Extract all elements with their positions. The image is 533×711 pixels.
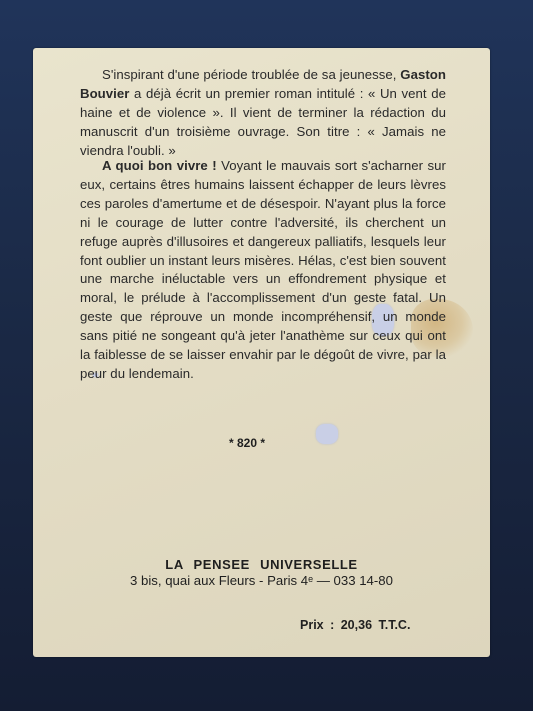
blurb-lead: A quoi bon vivre ! bbox=[102, 158, 217, 173]
publisher-block: LA PENSEE UNIVERSELLE 3 bis, quai aux Fl… bbox=[33, 557, 490, 588]
price-label: Prix : 20,36 T.T.C. bbox=[300, 618, 410, 632]
blurb-text: Voyant le mauvais sort s'acharner sur eu… bbox=[80, 158, 446, 381]
catalog-number: * 820 * bbox=[229, 436, 265, 450]
blurb-paragraph-2: A quoi bon vivre ! Voyant le mauvais sor… bbox=[80, 157, 446, 384]
scuff-mark bbox=[316, 424, 338, 444]
blurb-paragraph-1: S'inspirant d'une période troublée de sa… bbox=[80, 66, 446, 161]
publisher-address: 3 bis, quai aux Fleurs - Paris 4ᵉ — 033 … bbox=[33, 573, 490, 588]
blurb-text: a déjà écrit un premier roman intitulé :… bbox=[80, 86, 446, 158]
publisher-name: LA PENSEE UNIVERSELLE bbox=[33, 557, 490, 572]
book-back-cover: S'inspirant d'une période troublée de sa… bbox=[33, 48, 490, 657]
blurb-intro: S'inspirant d'une période troublée de sa… bbox=[102, 67, 397, 82]
